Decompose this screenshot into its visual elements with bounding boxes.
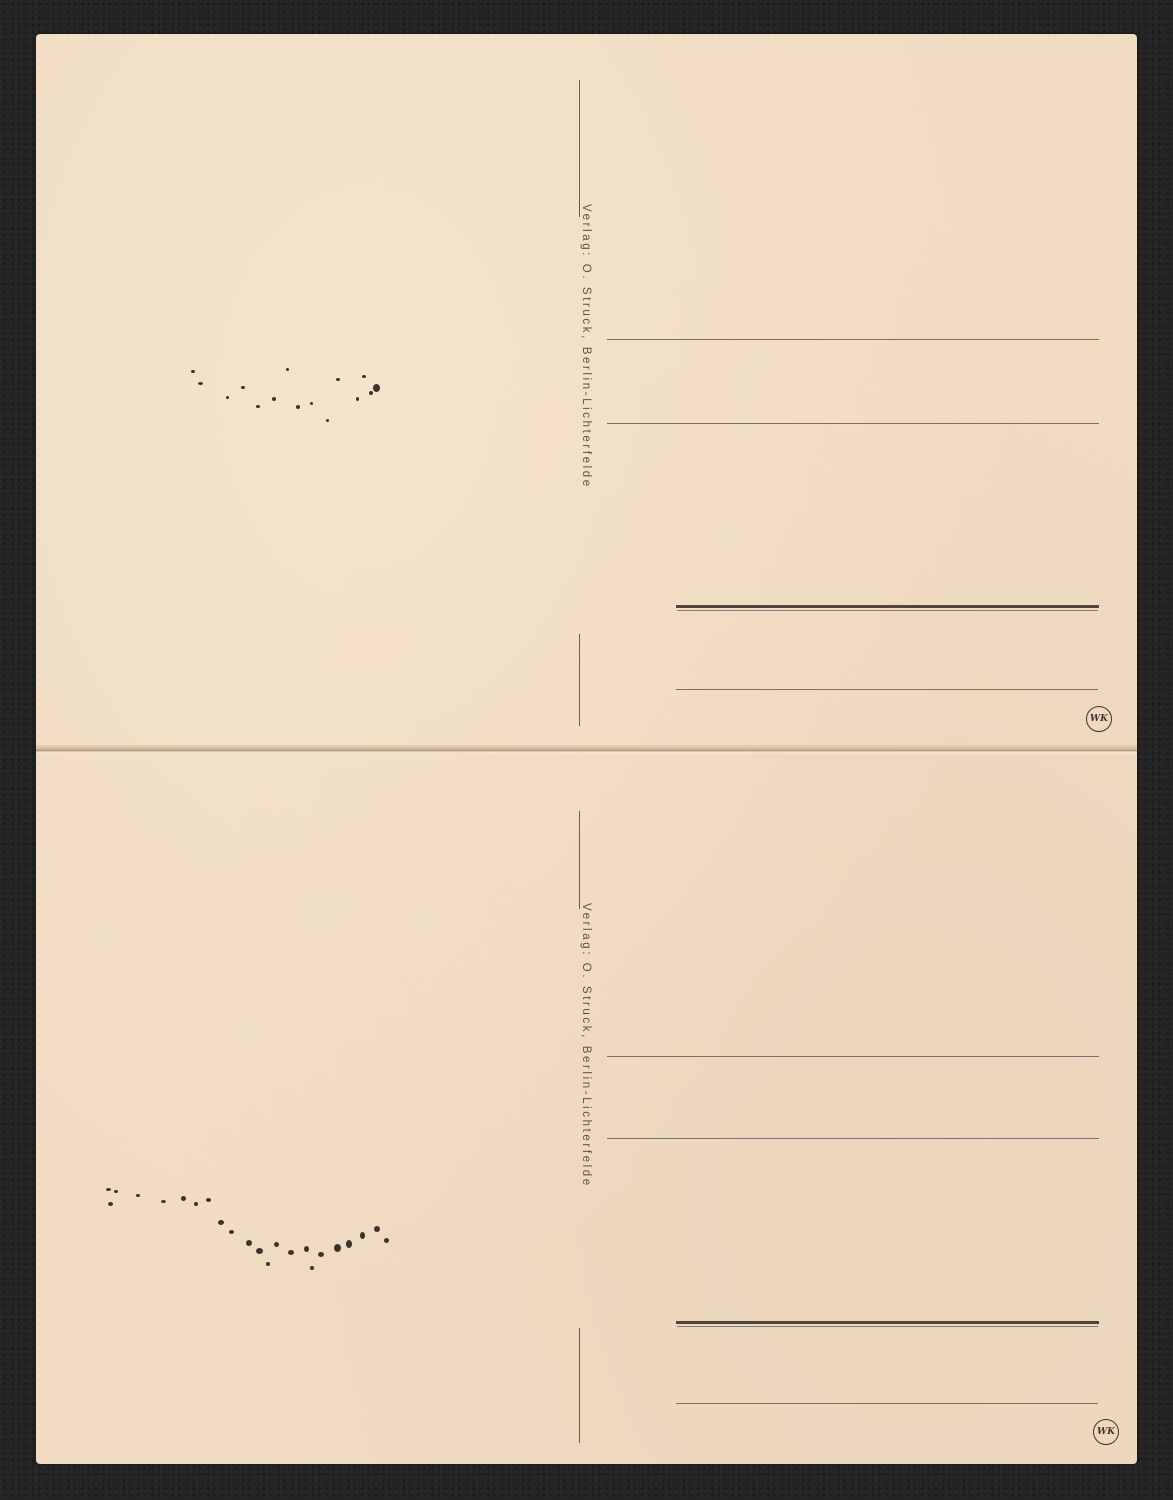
publisher-logo-icon: WK	[1093, 1419, 1119, 1445]
address-line-4	[676, 1403, 1098, 1404]
postmark-stamp	[96, 1180, 406, 1290]
publisher-logo-icon: WK	[1086, 706, 1112, 732]
postcard-bottom-panel: Verlag: O. Struck, Berlin-Lichterfelde W…	[36, 755, 1137, 1470]
address-line-1	[607, 339, 1099, 340]
divider-line-lower	[579, 634, 580, 726]
address-line-3	[676, 605, 1099, 608]
publisher-imprint: Verlag: O. Struck, Berlin-Lichterfelde	[568, 204, 592, 644]
fold-crease	[36, 745, 1137, 755]
publisher-imprint: Verlag: O. Struck, Berlin-Lichterfelde	[568, 903, 592, 1323]
postcard-top-panel: Verlag: O. Struck, Berlin-Lichterfelde W…	[36, 34, 1137, 749]
address-line-3	[676, 1321, 1099, 1324]
divider-line-upper	[579, 811, 580, 909]
address-line-1	[607, 1056, 1099, 1057]
postmark-stamp	[186, 344, 386, 424]
address-line-2	[607, 423, 1099, 424]
address-line-2	[607, 1138, 1099, 1139]
postcard: Verlag: O. Struck, Berlin-Lichterfelde W…	[36, 34, 1137, 1464]
divider-line-lower	[579, 1328, 580, 1443]
divider-line-upper	[579, 80, 580, 217]
address-line-4	[676, 689, 1098, 690]
